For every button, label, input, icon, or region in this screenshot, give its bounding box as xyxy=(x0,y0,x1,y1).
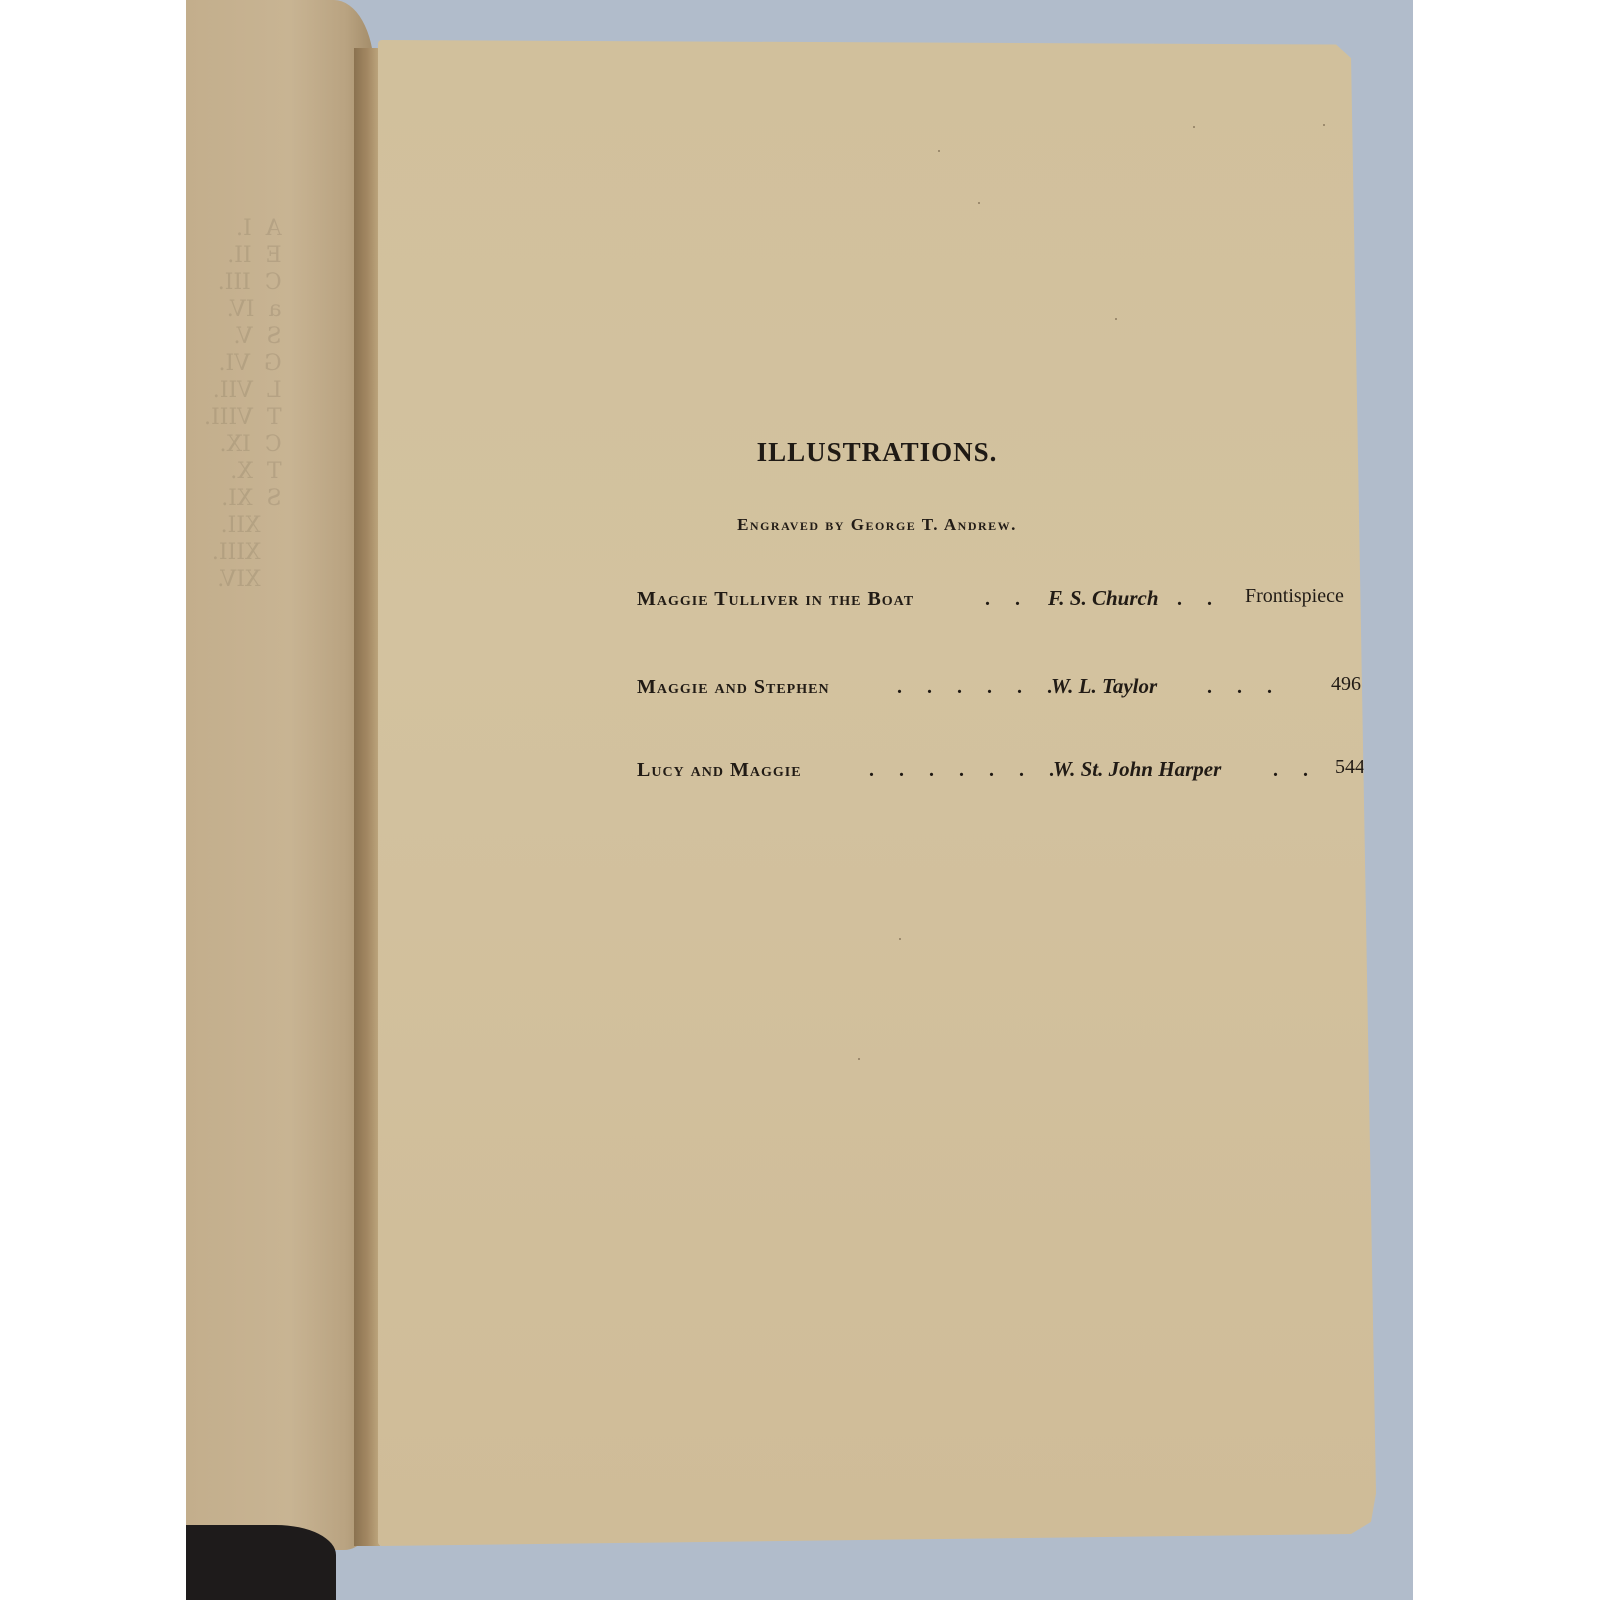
page-title: ILLUSTRATIONS. xyxy=(378,437,1376,468)
illustration-entry: Maggie Tulliver in the Boat . . F. S. Ch… xyxy=(637,588,1377,618)
book-gutter xyxy=(354,48,380,1546)
book-photo: A I. E II. C III. a IV. S V. G VI. L VII… xyxy=(186,0,1413,1600)
left-page: A I. E II. C III. a IV. S V. G VI. L VII… xyxy=(186,0,374,1550)
illustration-title: Maggie Tulliver in the Boat xyxy=(637,588,914,611)
illustration-page: Frontispiece xyxy=(1245,585,1344,608)
paper-speck xyxy=(899,938,901,940)
illustration-page: 496 xyxy=(1331,673,1361,696)
illustration-entry: Maggie and Stephen . . . . . . W. L. Tay… xyxy=(637,676,1377,706)
show-through-text: A I. E II. C III. a IV. S V. G VI. L VII… xyxy=(204,215,282,593)
illustration-entry: Lucy and Maggie . . . . . . . W. St. Joh… xyxy=(637,759,1377,789)
paper-speck xyxy=(1115,318,1117,320)
dot-leader: . . xyxy=(985,588,1030,611)
illustration-page: 544 xyxy=(1335,756,1365,779)
illustration-title: Maggie and Stephen xyxy=(637,676,830,699)
illustration-artist: W. L. Taylor xyxy=(1051,674,1157,699)
paper-speck xyxy=(1323,124,1325,126)
illustration-artist: W. St. John Harper xyxy=(1053,757,1221,782)
dot-leader: . . xyxy=(1273,759,1318,782)
engraver-credit: Engraved by George T. Andrew. xyxy=(378,515,1376,535)
illustration-artist: F. S. Church xyxy=(1048,586,1159,611)
paper-speck xyxy=(858,1058,860,1060)
dot-leader: . . . xyxy=(1207,676,1282,699)
illustration-title: Lucy and Maggie xyxy=(637,759,802,782)
right-page: ILLUSTRATIONS. Engraved by George T. And… xyxy=(378,40,1376,1546)
dot-leader: . . . . . . . xyxy=(869,759,1064,782)
dot-leader: . . xyxy=(1177,588,1222,611)
paper-speck xyxy=(938,150,940,152)
dot-leader: . . . . . . xyxy=(897,676,1062,699)
paper-speck xyxy=(1193,126,1195,128)
book-cover-edge xyxy=(186,1525,336,1600)
paper-speck xyxy=(978,202,980,204)
